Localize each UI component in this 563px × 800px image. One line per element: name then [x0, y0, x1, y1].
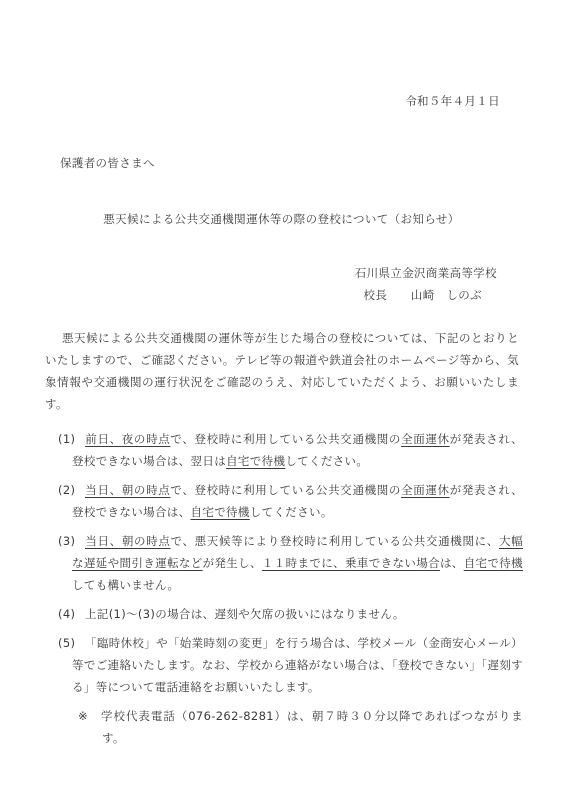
item-4-text: 上記(1)～(3)の場合は、遅刻や欠席の扱いにはなりません。	[85, 607, 405, 621]
text-segment: は、	[440, 556, 464, 570]
item-2-text: 当日、朝の時点で、登校時に利用している公共交通機関の全面運休が発表され、登校でき…	[72, 483, 523, 519]
text-segment-underlined: 自宅で待機	[226, 454, 285, 468]
text-segment: で、登校時に利用している公共交通機関の	[170, 432, 401, 446]
text-segment: してください。	[250, 505, 333, 519]
item-2-number: (2)	[58, 479, 85, 501]
item-5-text: 「臨時休校」や「始業時刻の変更」を行う場合は、学校メール（金商安心メール）等でご…	[72, 636, 523, 694]
item-1-text: 前日、夜の時点で、登校時に利用している公共交通機関の全面運休が発表され、登校でき…	[72, 432, 523, 468]
text-segment-underlined: 当日、朝の時点	[85, 483, 170, 497]
item-3-number: (3)	[58, 530, 85, 552]
item-1-number: (1)	[58, 428, 85, 450]
text-segment: で、登校時に利用している公共交通機関の	[170, 483, 401, 497]
text-segment-underlined: 自宅で待機	[464, 556, 523, 570]
text-segment: 上記(1)～(3)の場合は、遅刻や欠席の扱いにはなりません。	[85, 607, 405, 621]
principal-name: 校長 山崎 しのぶ	[0, 284, 497, 306]
text-segment-underlined: 自宅で待機	[191, 505, 250, 519]
document-date: 令和５年４月１日	[0, 90, 563, 112]
text-segment: で、悪天候等により登校時に利用している公共交通機関に、	[171, 534, 499, 548]
text-segment-underlined: １１時までに、乗車できない場合	[262, 556, 440, 570]
item-5-number: (5)	[58, 632, 85, 654]
salutation: 保護者の皆さまへ	[0, 152, 563, 174]
list-item-5: (5)「臨時休校」や「始業時刻の変更」を行う場合は、学校メール（金商安心メール）…	[58, 632, 523, 698]
document-page: 令和５年４月１日 保護者の皆さまへ 悪天候による公共交通機関運休等の際の登校につ…	[0, 0, 563, 800]
text-segment: 「臨時休校」や「始業時刻の変更」を行う場合は、学校メール（金商安心メール）等でご…	[72, 636, 523, 694]
body-paragraph: 悪天候による公共交通機関の運休等が生じた場合の登校については、下記のとおりといた…	[45, 327, 519, 415]
list-item-1: (1)前日、夜の時点で、登校時に利用している公共交通機関の全面運休が発表され、登…	[58, 428, 523, 472]
text-segment: しても構いません。	[72, 578, 179, 592]
item-4-number: (4)	[58, 603, 85, 625]
school-name: 石川県立金沢商業高等学校	[0, 262, 497, 284]
list-item-4: (4)上記(1)～(3)の場合は、遅刻や欠席の扱いにはなりません。	[58, 603, 523, 625]
numbered-list: (1)前日、夜の時点で、登校時に利用している公共交通機関の全面運休が発表され、登…	[58, 428, 523, 698]
document-title: 悪天候による公共交通機関運休等の際の登校について（お知らせ）	[0, 208, 563, 230]
text-segment-underlined: 当日、朝の時点	[85, 534, 171, 548]
sender-block: 石川県立金沢商業高等学校 校長 山崎 しのぶ	[0, 262, 563, 306]
list-item-3: (3)当日、朝の時点で、悪天候等により登校時に利用している公共交通機関に、大幅な…	[58, 530, 523, 596]
text-segment-underlined: 全面運休	[401, 483, 450, 497]
text-segment-underlined: 全面運休	[401, 432, 450, 446]
text-segment: が発生し、	[203, 556, 262, 570]
item-3-text: 当日、朝の時点で、悪天候等により登校時に利用している公共交通機関に、大幅な遅延や…	[72, 534, 523, 592]
text-segment: してください。	[285, 454, 368, 468]
phone-note: ※ 学校代表電話（076-262-8281）は、朝７時３０分以降であればつながり…	[78, 705, 523, 749]
list-item-2: (2)当日、朝の時点で、登校時に利用している公共交通機関の全面運休が発表され、登…	[58, 479, 523, 523]
text-segment-underlined: 前日、夜の時点	[85, 432, 170, 446]
